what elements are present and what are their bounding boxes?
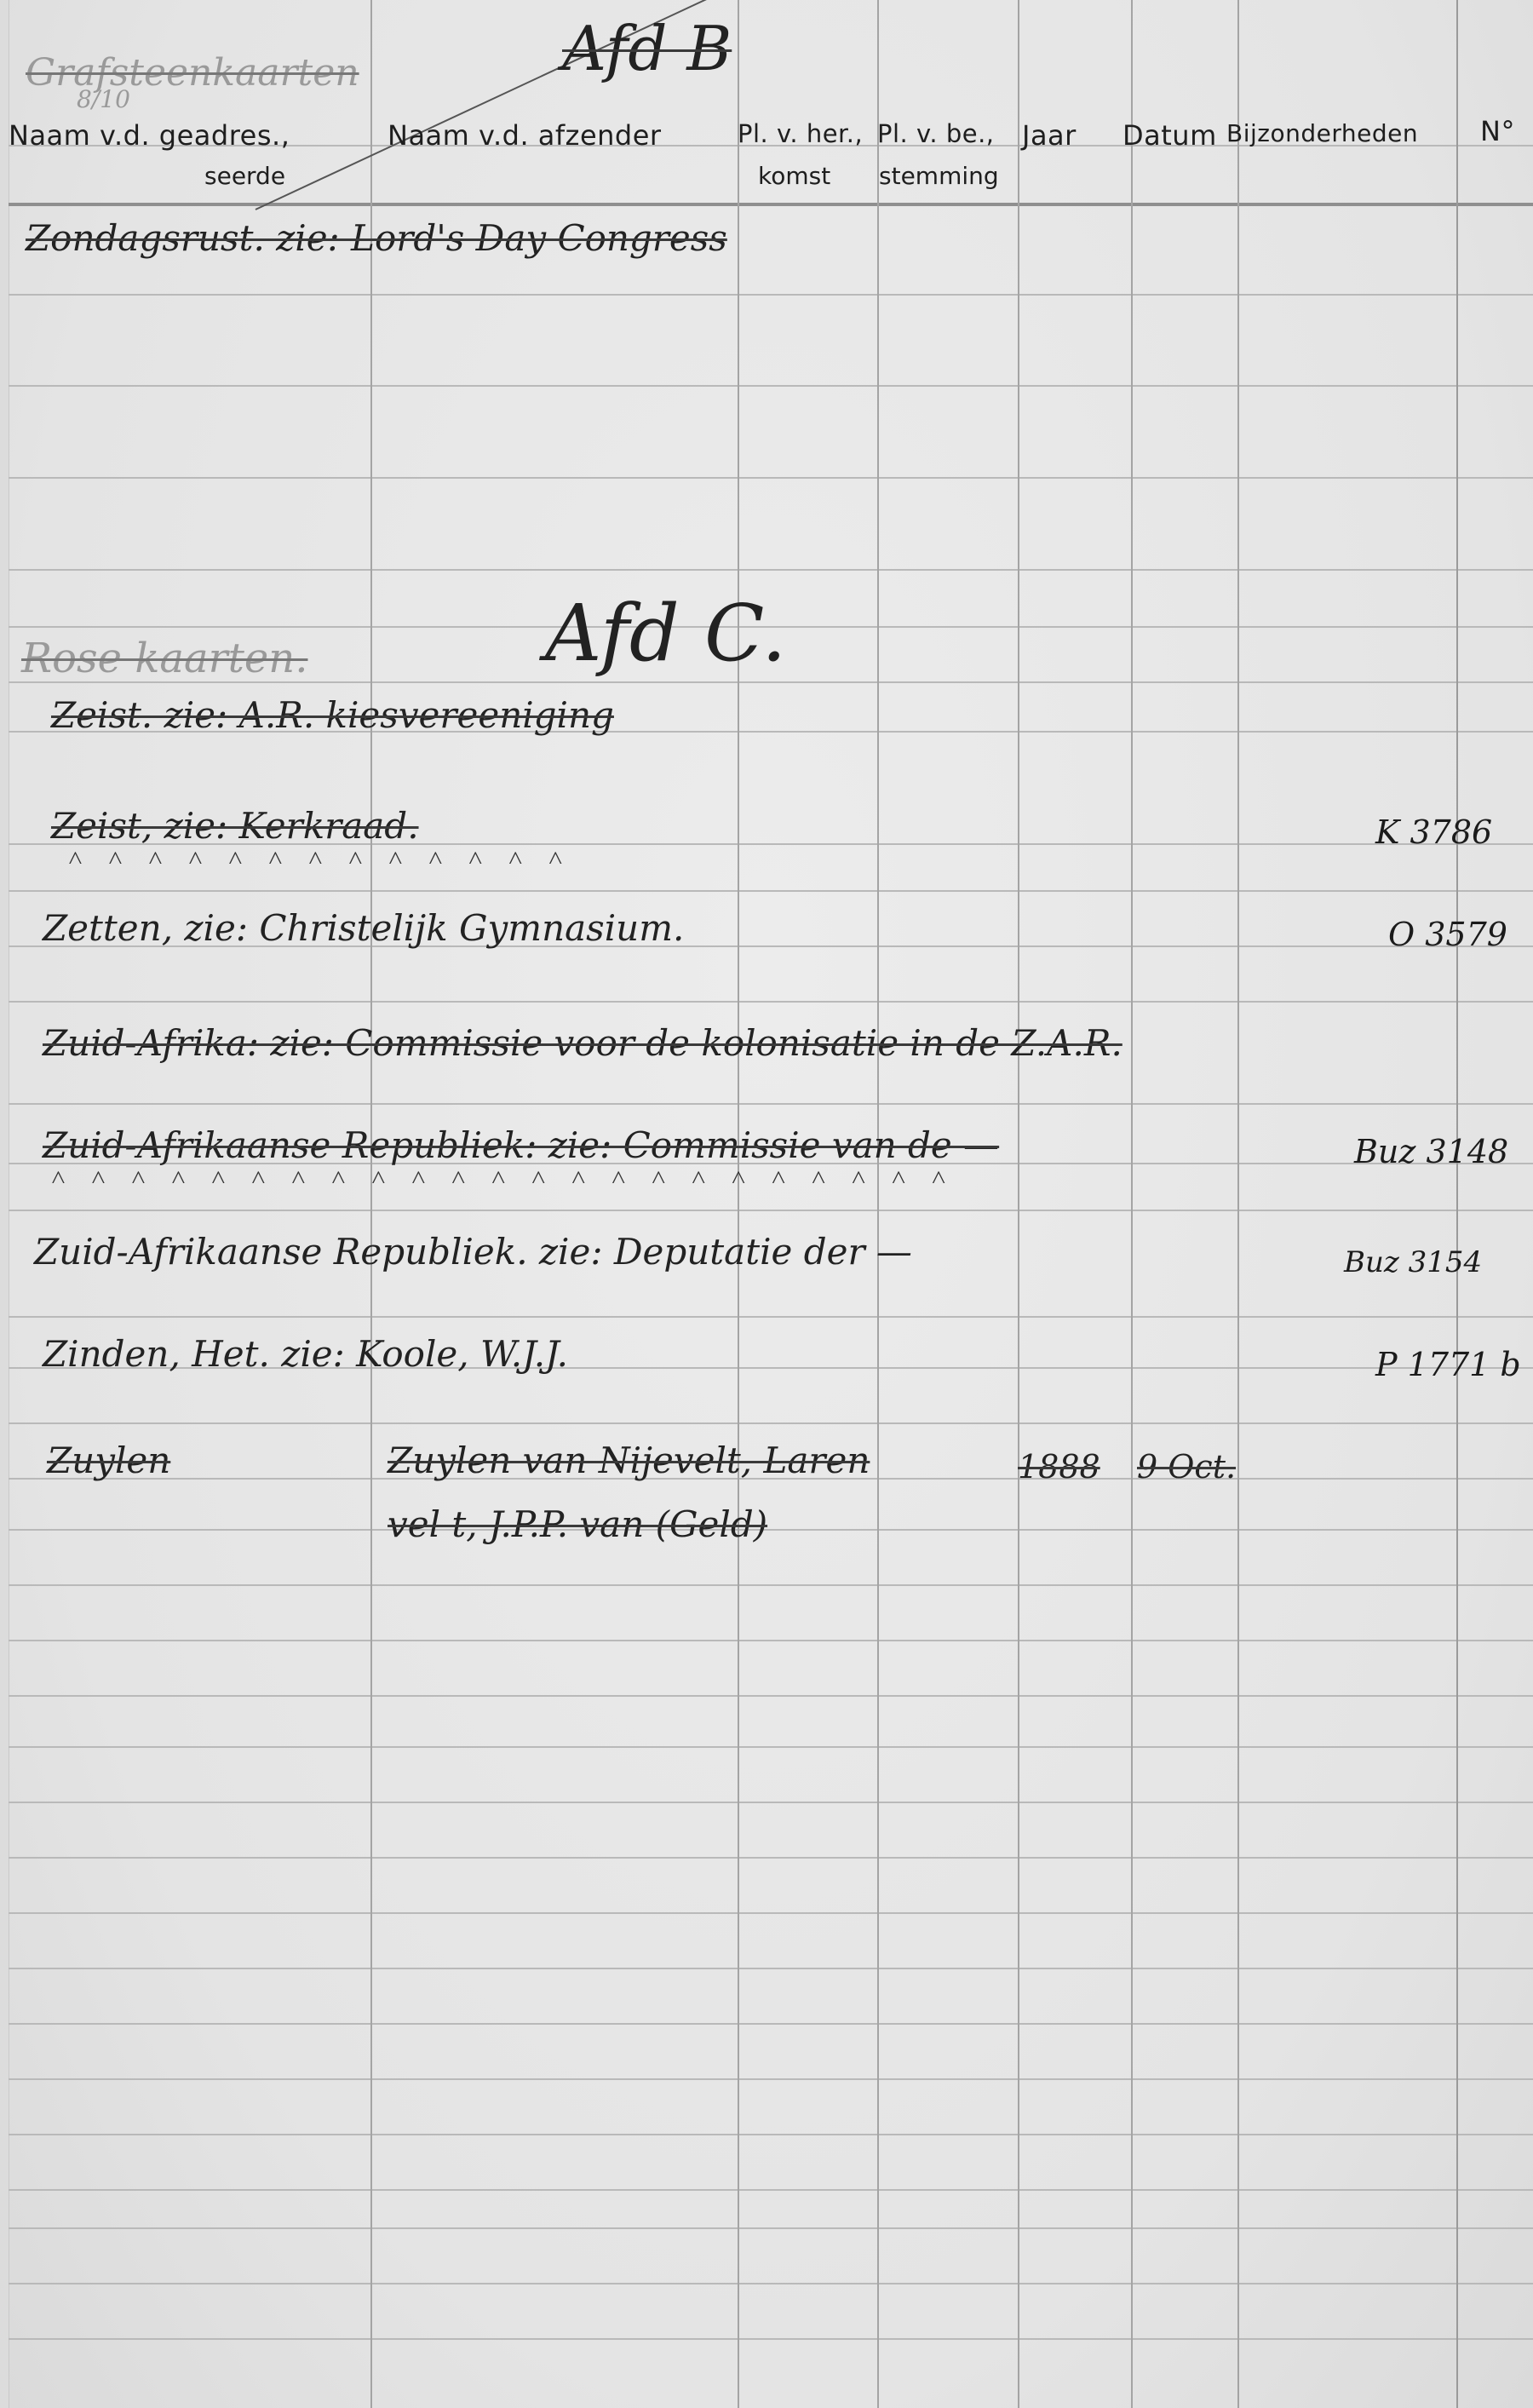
entry-row: Zuid-Afrikaanse Republiek. zie: Deputati… xyxy=(34,1231,912,1273)
col-header-sender: Naam v.d. afzender xyxy=(388,119,662,152)
rule-line xyxy=(9,1695,1533,1697)
col-header-origin-2: komst xyxy=(758,162,830,190)
rule-line xyxy=(9,1584,1533,1586)
entry-date: 9 Oct. xyxy=(1137,1448,1236,1486)
entry-row: Zuid-Afrikaanse Republiek: zie: Commissi… xyxy=(43,1124,999,1166)
faded-note-section-c: Rose kaarten. xyxy=(21,635,307,682)
header-rule xyxy=(9,203,1533,206)
paper-edge xyxy=(0,0,9,2408)
entry-row: Zeist, zie: Kerkraad. xyxy=(51,805,419,847)
rule-line xyxy=(9,1746,1533,1748)
rule-line xyxy=(9,1640,1533,1641)
section-b-label: Afd B xyxy=(562,13,732,84)
reference-number: P 1771 b xyxy=(1375,1346,1521,1383)
rule-line xyxy=(9,2338,1533,2340)
rule-line xyxy=(9,1103,1533,1105)
col-header-details: Bijzonderheden xyxy=(1226,119,1418,147)
rule-line xyxy=(9,2023,1533,2025)
section-c-label: Afd C. xyxy=(545,588,786,679)
col-header-year: Jaar xyxy=(1022,119,1077,152)
col-header-number: N° xyxy=(1480,115,1515,147)
rule-line xyxy=(9,294,1533,296)
ditto-marks: ˄ ˄ ˄ ˄ ˄ ˄ ˄ ˄ ˄ ˄ ˄ ˄ ˄ xyxy=(68,843,568,873)
rule-line xyxy=(9,1529,1533,1531)
rule-line xyxy=(9,569,1533,571)
col-header-addressee-2: seerde xyxy=(204,162,285,190)
entry-sender-line2: vel t, J.P.P. van (Geld) xyxy=(388,1503,767,1545)
column-divider xyxy=(1237,0,1239,2408)
column-divider xyxy=(370,0,372,2408)
reference-number: Buz 3148 xyxy=(1354,1133,1508,1170)
col-header-destination-2: stemming xyxy=(879,162,999,190)
rule-line xyxy=(9,1210,1533,1211)
rule-line xyxy=(9,2189,1533,2191)
rule-line xyxy=(9,1422,1533,1424)
entry-year: 1888 xyxy=(1018,1448,1100,1486)
entry-row: Zinden, Het. zie: Koole, W.J.J. xyxy=(43,1333,568,1375)
rule-line xyxy=(9,1802,1533,1803)
column-divider xyxy=(1456,0,1458,2408)
col-header-destination: Pl. v. be., xyxy=(877,119,995,148)
entry-row: Zuid-Afrika: zie: Commissie voor de kolo… xyxy=(43,1022,1122,1064)
rule-line xyxy=(9,2078,1533,2080)
rule-line xyxy=(9,2227,1533,2229)
column-divider xyxy=(738,0,739,2408)
rule-line xyxy=(9,1316,1533,1318)
col-header-origin: Pl. v. her., xyxy=(738,119,863,148)
entry-section-b: Zondagsrust. zie: Lord's Day Congress xyxy=(26,217,727,259)
entry-addressee: Zuylen xyxy=(47,1440,170,1481)
column-divider xyxy=(1131,0,1133,2408)
rule-line xyxy=(9,1912,1533,1914)
column-divider xyxy=(1018,0,1019,2408)
reference-number: O 3579 xyxy=(1388,916,1507,953)
faded-note-header: Grafsteenkaarten xyxy=(26,51,359,95)
col-header-date: Datum xyxy=(1122,119,1217,152)
entry-row: Zeist. zie: A.R. kiesvereeniging xyxy=(51,694,614,736)
faded-note-sub: 8/10 xyxy=(77,85,130,113)
col-header-addressee: Naam v.d. geadres., xyxy=(9,119,290,152)
rule-line xyxy=(9,1857,1533,1859)
entry-row: Zetten, zie: Christelijk Gymnasium. xyxy=(43,907,684,949)
rule-line xyxy=(9,2283,1533,2284)
column-divider xyxy=(877,0,879,2408)
rule-line xyxy=(9,385,1533,387)
rule-line xyxy=(9,1968,1533,1969)
entry-sender-line1: Zuylen van Nijevelt, Laren xyxy=(388,1440,870,1481)
rule-line xyxy=(9,890,1533,892)
card-paper: Grafsteenkaarten 8/10 Afd B Naam v.d. ge… xyxy=(0,0,1533,2408)
rule-line xyxy=(9,477,1533,479)
reference-number: Buz 3154 xyxy=(1344,1245,1482,1279)
rule-line xyxy=(9,1001,1533,1003)
ditto-marks: ˄ ˄ ˄ ˄ ˄ ˄ ˄ ˄ ˄ ˄ ˄ ˄ ˄ ˄ ˄ ˄ ˄ ˄ ˄ ˄ … xyxy=(51,1163,951,1193)
reference-number: K 3786 xyxy=(1375,813,1492,851)
rule-line xyxy=(9,2134,1533,2135)
